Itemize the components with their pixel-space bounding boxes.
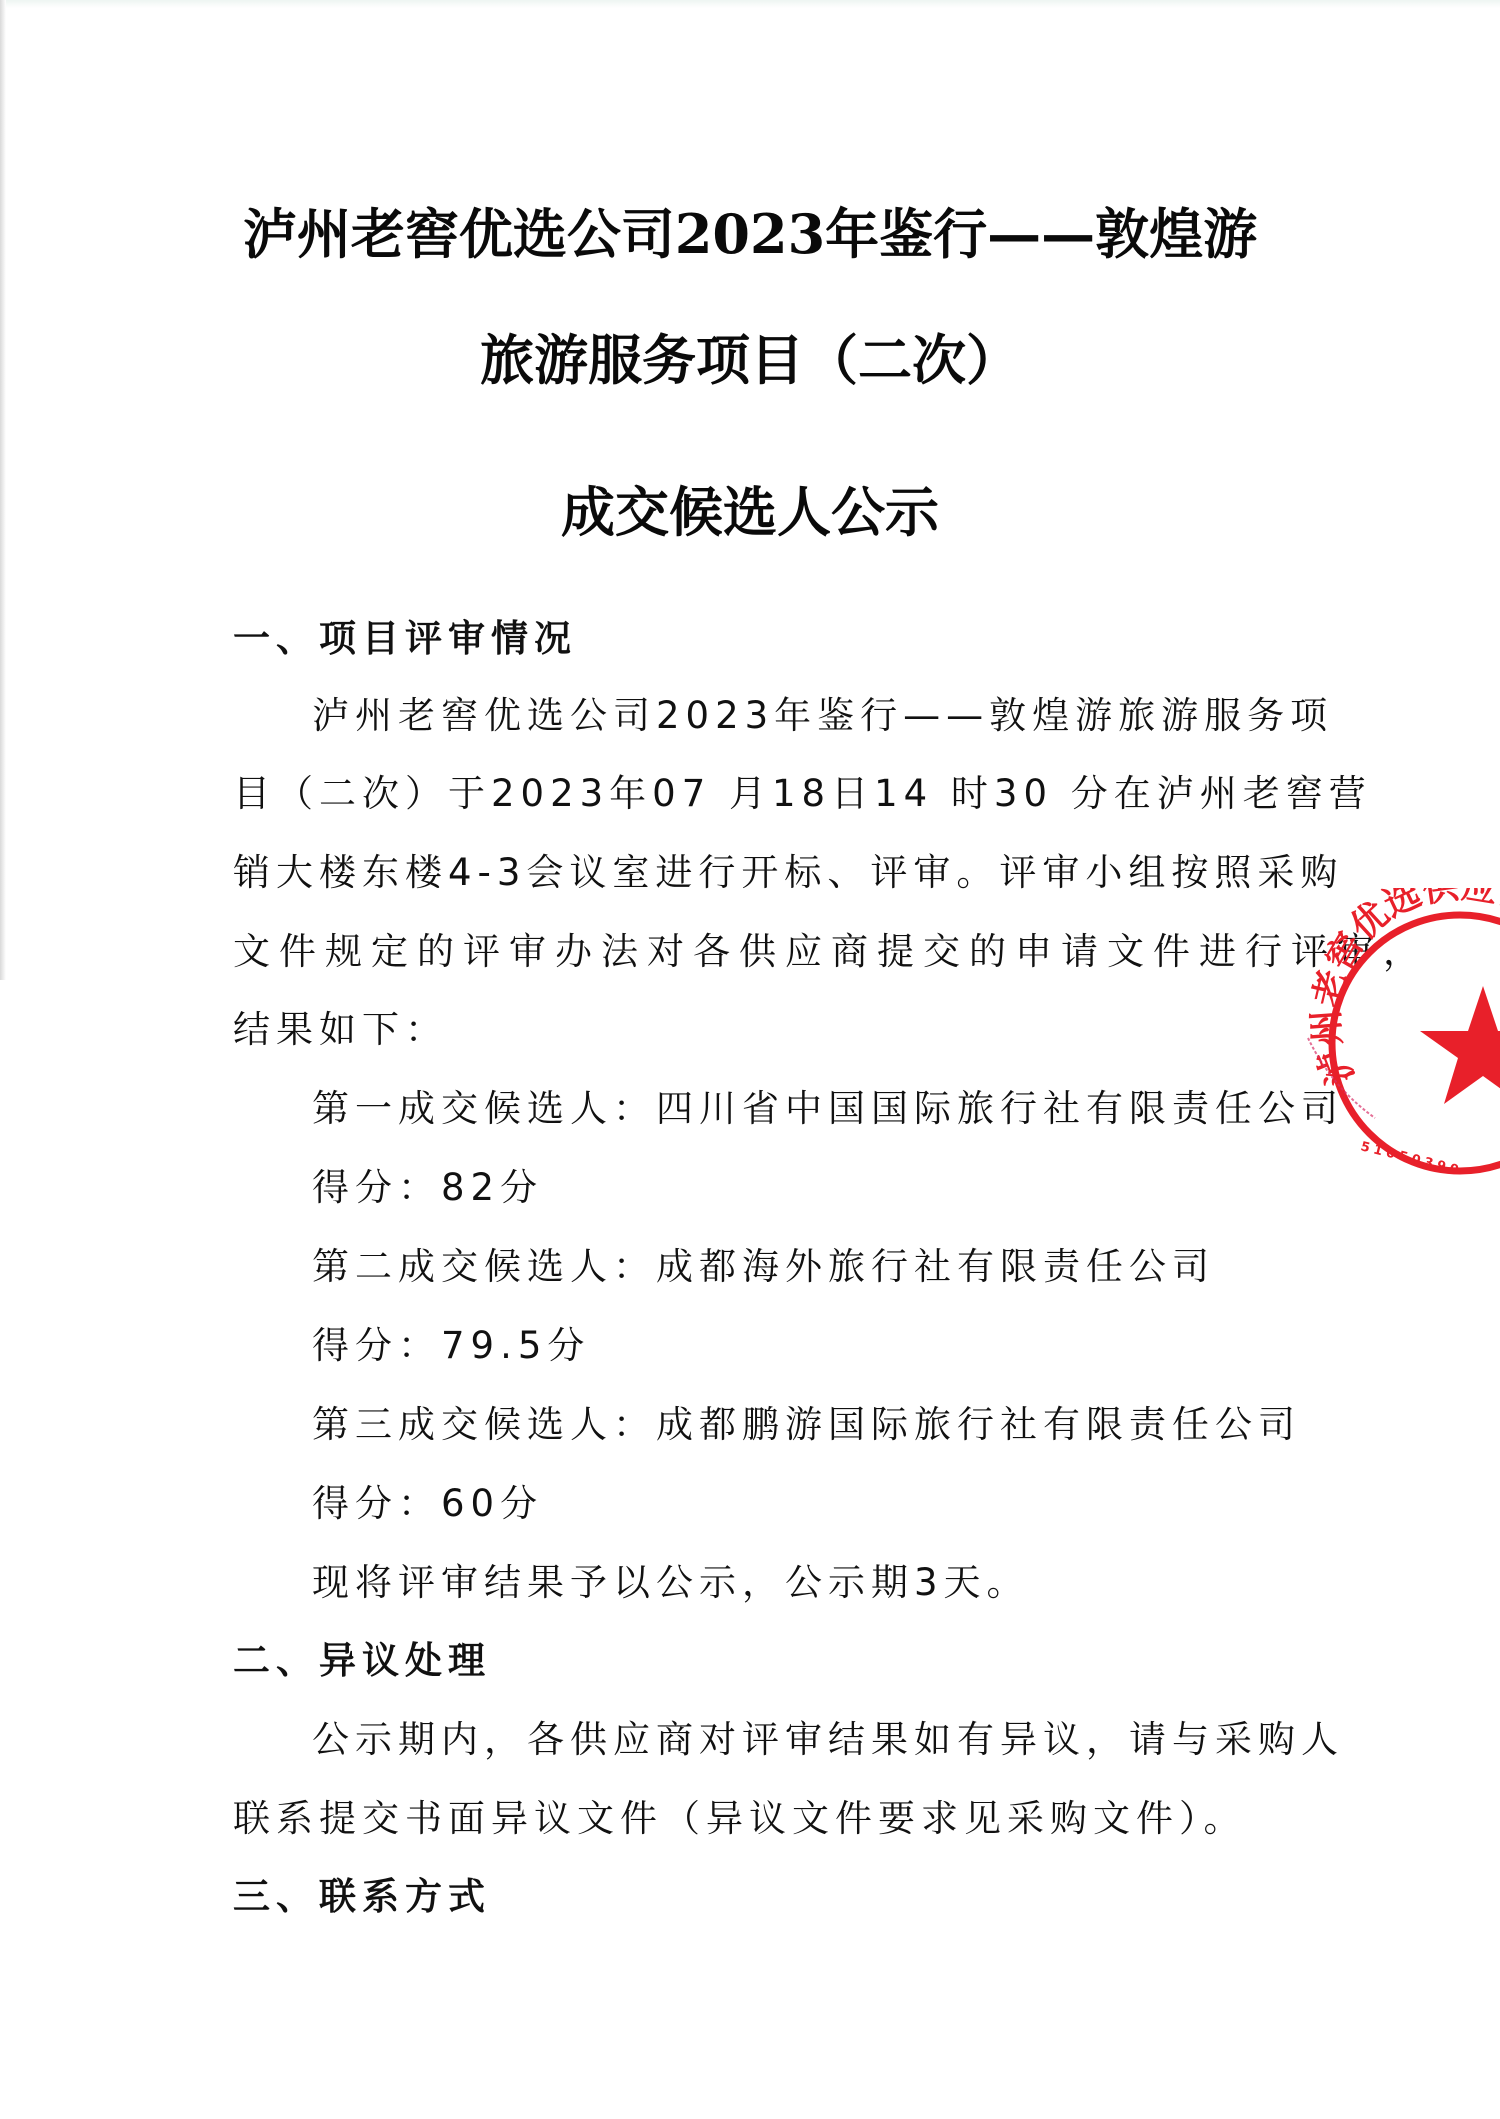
section-heading-objection: 二、异议处理 xyxy=(233,1630,491,1684)
score-value: 60分 xyxy=(441,1482,543,1525)
paragraph-line: 联系提交书面异议文件（异议文件要求见采购文件）。 xyxy=(233,1788,1247,1842)
candidate-3: 第三成交候选人：成都鹏游国际旅行社有限责任公司 xyxy=(312,1394,1301,1448)
candidate-2: 第二成交候选人：成都海外旅行社有限责任公司 xyxy=(312,1236,1215,1290)
candidate-rank-label: 第三成交候选人： xyxy=(312,1403,656,1446)
document-subtitle: 成交候选人公示 xyxy=(0,470,1500,547)
score-value: 82分 xyxy=(441,1166,543,1209)
paragraph-line: 结果如下： xyxy=(233,999,448,1053)
scan-top-edge xyxy=(0,0,1500,8)
candidate-1-score: 得分：82分 xyxy=(312,1157,543,1211)
candidate-name: 成都海外旅行社有限责任公司 xyxy=(656,1245,1215,1288)
candidate-2-score: 得分：79.5分 xyxy=(312,1315,590,1369)
candidate-1: 第一成交候选人：四川省中国国际旅行社有限责任公司 xyxy=(312,1078,1344,1132)
paragraph-line: 公示期内，各供应商对评审结果如有异议，请与采购人 xyxy=(312,1709,1344,1763)
score-value: 79.5分 xyxy=(441,1324,590,1367)
seal-number: 51050390 xyxy=(1359,1139,1464,1179)
candidate-rank-label: 第一成交候选人： xyxy=(312,1087,656,1130)
section-heading-review: 一、项目评审情况 xyxy=(233,608,577,662)
publicity-period-note: 现将评审结果予以公示，公示期3天。 xyxy=(312,1552,1030,1606)
section-heading-contact: 三、联系方式 xyxy=(233,1866,491,1920)
score-label: 得分： xyxy=(312,1166,441,1209)
document-title-line-2: 旅游服务项目（二次） xyxy=(0,318,1500,395)
paragraph-line: 目（二次）于2023年07 月18日14 时30 分在泸州老窖营 xyxy=(233,763,1372,817)
candidate-rank-label: 第二成交候选人： xyxy=(312,1245,656,1288)
paragraph-line: 销大楼东楼4-3会议室进行开标、评审。评审小组按照采购 xyxy=(233,842,1343,896)
paragraph-line: 文件规定的评审办法对各供应商提交的申请文件进行评审， xyxy=(233,921,1429,975)
paragraph-line: 泸州老窖优选公司2023年鉴行——敦煌游旅游服务项 xyxy=(312,685,1333,739)
company-seal-icon: 泸州老窖优选供应链管理 51050390 xyxy=(1300,888,1500,1188)
candidate-name: 成都鹏游国际旅行社有限责任公司 xyxy=(656,1403,1301,1446)
document-title-line-1: 泸州老窖优选公司2023年鉴行——敦煌游 xyxy=(0,192,1500,269)
score-label: 得分： xyxy=(312,1324,441,1367)
candidate-name: 四川省中国国际旅行社有限责任公司 xyxy=(656,1087,1344,1130)
score-label: 得分： xyxy=(312,1482,441,1525)
candidate-3-score: 得分：60分 xyxy=(312,1473,543,1527)
